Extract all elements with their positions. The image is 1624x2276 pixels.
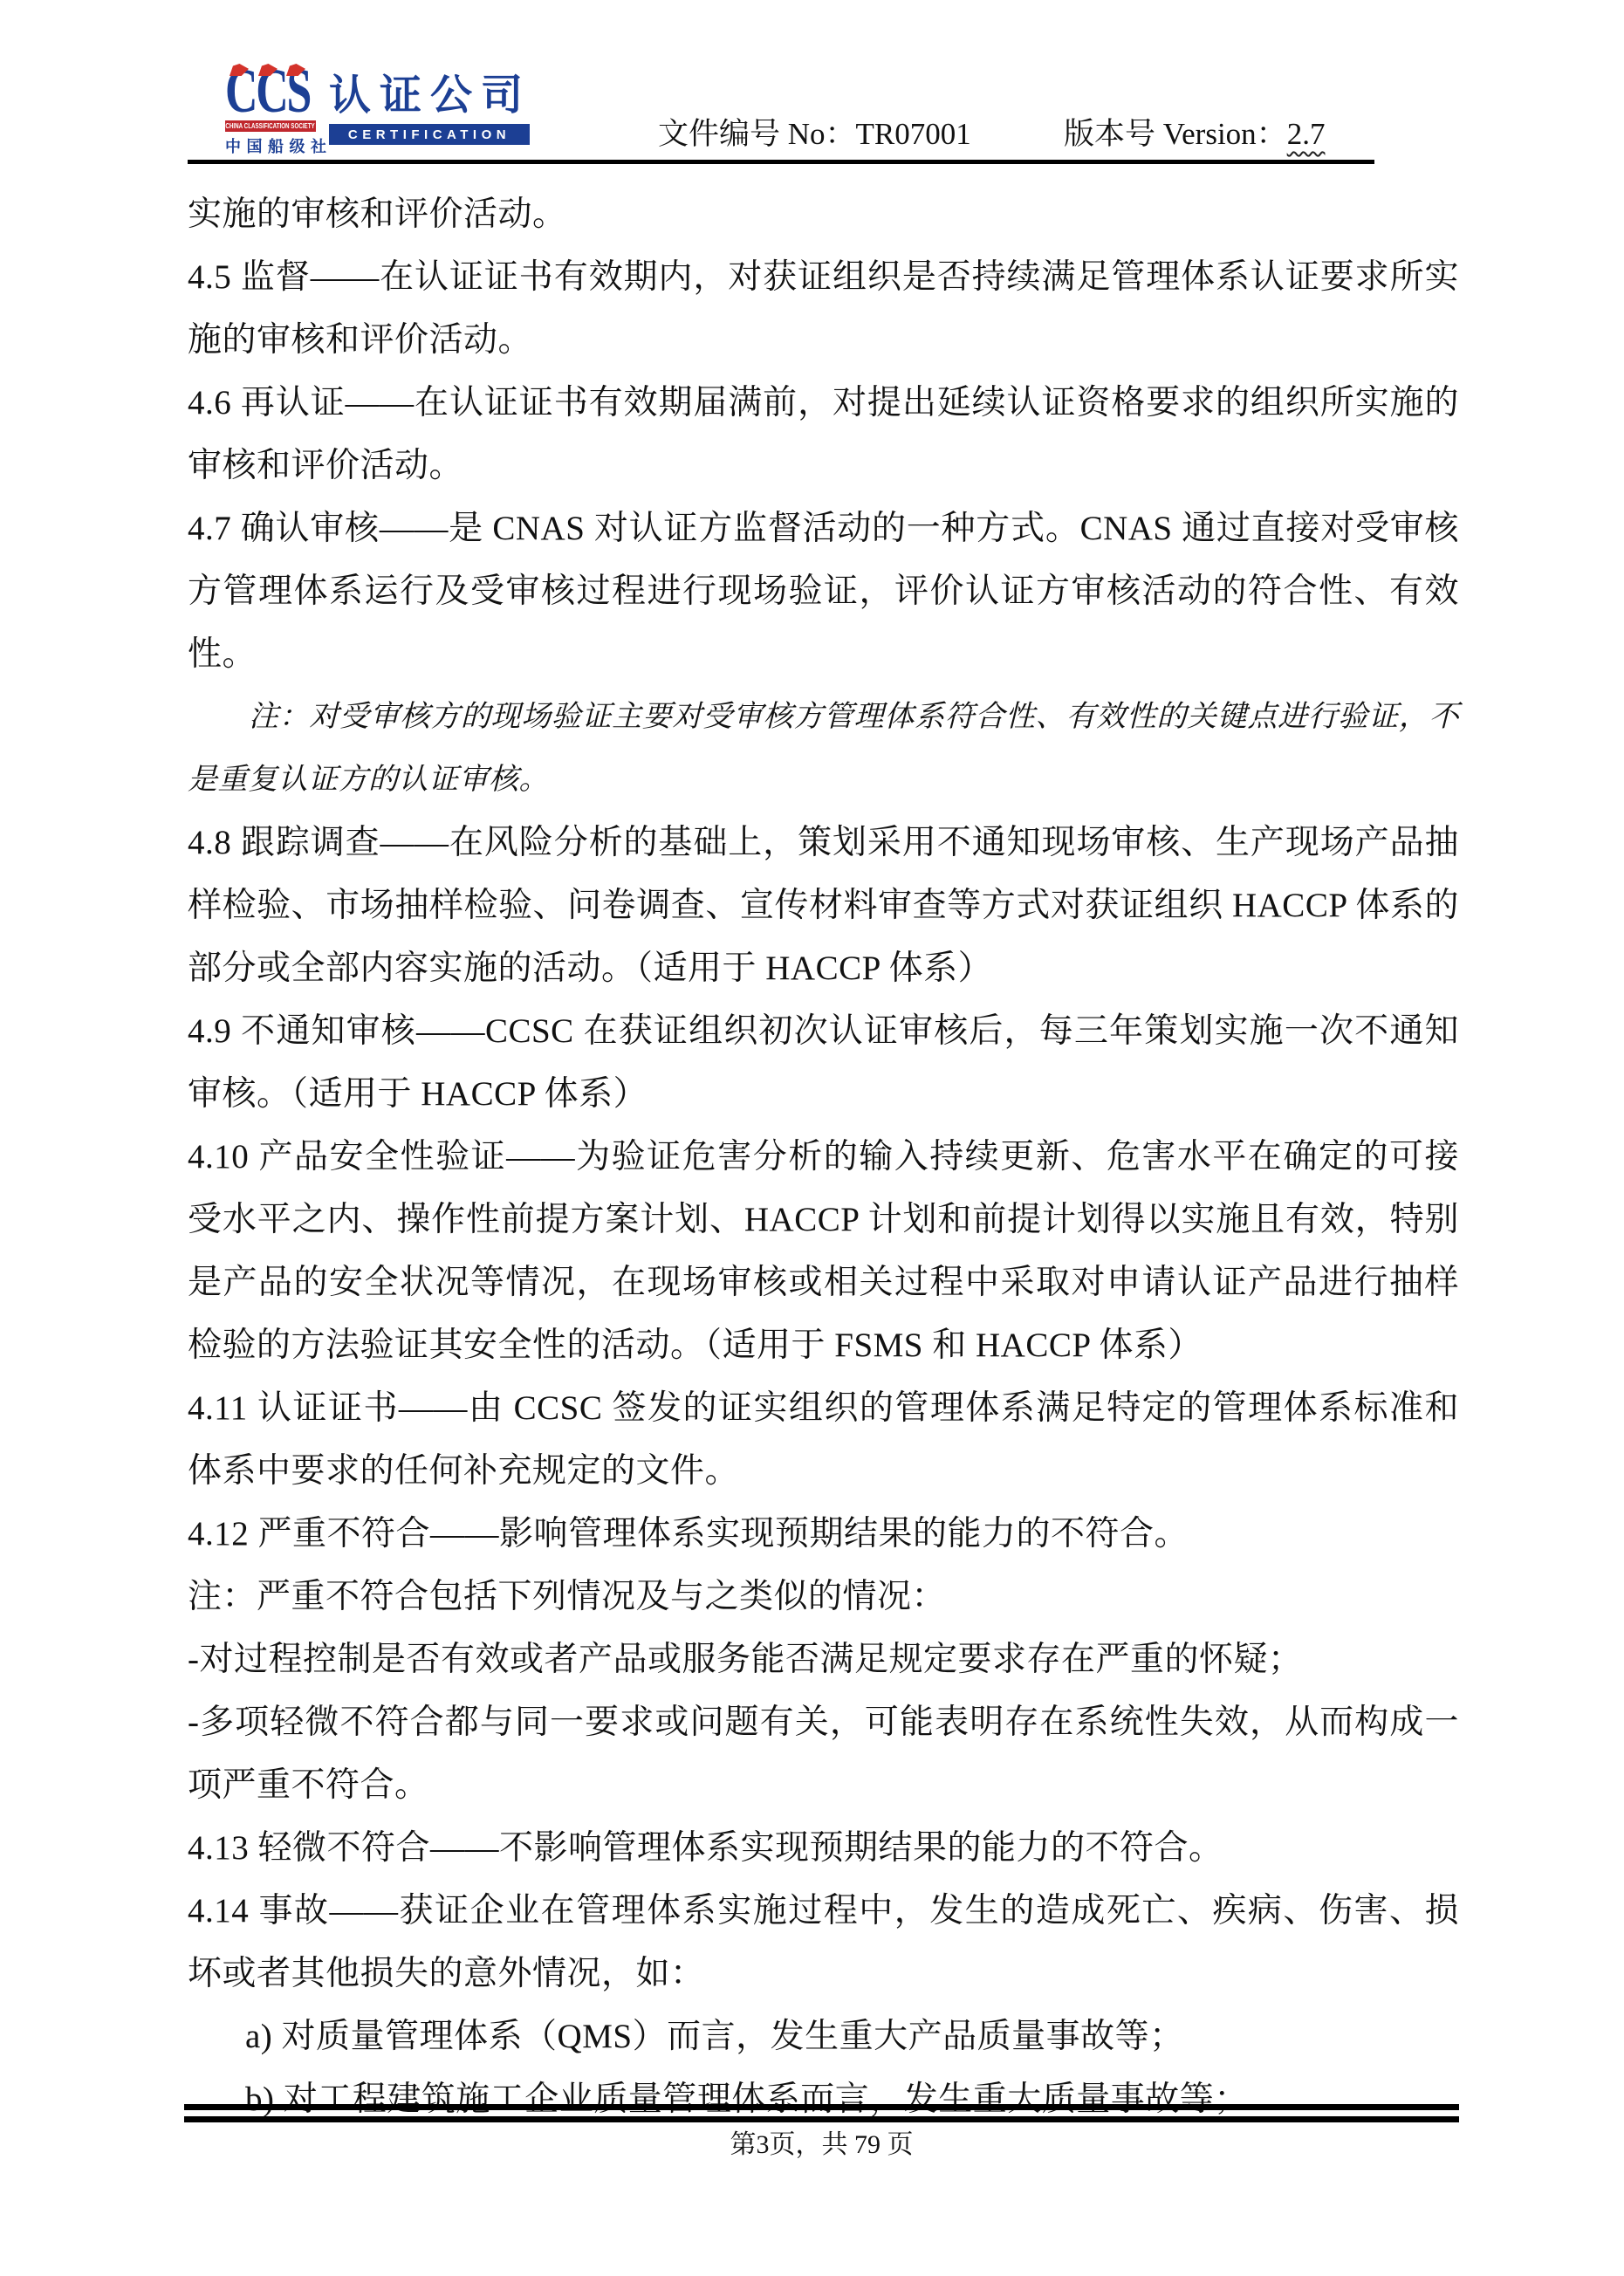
paragraph: 4.14 事故——获证企业在管理体系实施过程中，发生的造成死亡、疾病、伤害、损坏… xyxy=(188,1880,1459,2005)
paragraph: 4.8 跟踪调查——在风险分析的基础上，策划采用不通知现场审核、生产现场产品抽样… xyxy=(188,812,1459,1000)
paragraph: 注：严重不符合包括下列情况及与之类似的情况： xyxy=(188,1566,1459,1628)
certification-bar: CERTIFICATION xyxy=(329,124,530,145)
paragraph: -多项轻微不符合都与同一要求或问题有关，可能表明存在系统性失效，从而构成一项严重… xyxy=(188,1691,1459,1817)
paragraph: 4.10 产品安全性验证——为验证危害分析的输入持续更新、危害水平在确定的可接受… xyxy=(188,1126,1459,1377)
ccs-wordmark: CCS xyxy=(225,66,316,115)
document-body: 实施的审核和评价活动。4.5 监督——在认证证书有效期内，对获证组织是否持续满足… xyxy=(188,183,1459,2131)
society-name-en: CHINA CLASSIFICATION SOCIETY xyxy=(226,122,315,130)
company-name-en: CERTIFICATION xyxy=(348,127,510,142)
paragraph: 4.6 再认证——在认证证书有效期届满前，对提出延续认证资格要求的组织所实施的审… xyxy=(188,372,1459,497)
paragraph: 注：对受审核方的现场验证主要对受审核方管理体系符合性、有效性的关键点进行验证，不… xyxy=(188,686,1459,812)
paragraph: 4.13 轻微不符合——不影响管理体系实现预期结果的能力的不符合。 xyxy=(188,1817,1459,1880)
paragraph: 4.12 严重不符合——影响管理体系实现预期结果的能力的不符合。 xyxy=(188,1503,1459,1566)
footer-rule-top xyxy=(184,2104,1459,2110)
header-rule xyxy=(188,160,1374,164)
footer-rule-bottom xyxy=(184,2116,1459,2122)
paragraph: 4.9 不通知审核——CCSC 在获证组织初次认证审核后，每三年策划实施一次不通… xyxy=(188,1000,1459,1126)
paragraph: 4.11 认证证书——由 CCSC 签发的证实组织的管理体系满足特定的管理体系标… xyxy=(188,1377,1459,1503)
society-name-bar: CHINA CLASSIFICATION SOCIETY xyxy=(225,120,316,132)
version-value: 2.7 xyxy=(1287,117,1326,151)
paragraph: 实施的审核和评价活动。 xyxy=(188,183,1459,246)
version-label: 版本号 Version： xyxy=(1064,117,1287,151)
document-number: 文件编号 No：TR07001 xyxy=(658,117,971,152)
company-name-cn: 认证公司 xyxy=(329,75,531,117)
document-version: 版本号 Version：2.7 xyxy=(1064,117,1325,152)
paragraph: a) 对质量管理体系（QMS）而言，发生重大产品质量事故等； xyxy=(188,2005,1459,2068)
ccs-logo-left: CCS CHINA CLASSIFICATION SOCIETY 中 国 船 级… xyxy=(225,66,316,157)
ccs-logo-right: 认证公司 CERTIFICATION xyxy=(329,66,531,157)
society-name-cn: 中 国 船 级 社 xyxy=(225,134,316,157)
paragraph: -对过程控制是否有效或者产品或服务能否满足规定要求存在严重的怀疑； xyxy=(188,1628,1459,1691)
ccs-logo: CCS CHINA CLASSIFICATION SOCIETY 中 国 船 级… xyxy=(225,66,531,157)
paragraph: 4.5 监督——在认证证书有效期内，对获证组织是否持续满足管理体系认证要求所实施… xyxy=(188,246,1459,372)
paragraph: 4.7 确认审核——是 CNAS 对认证方监督活动的一种方式。CNAS 通过直接… xyxy=(188,497,1459,686)
document-page: CCS CHINA CLASSIFICATION SOCIETY 中 国 船 级… xyxy=(0,0,1624,2276)
page-number: 第3页，共 79 页 xyxy=(184,2128,1459,2163)
